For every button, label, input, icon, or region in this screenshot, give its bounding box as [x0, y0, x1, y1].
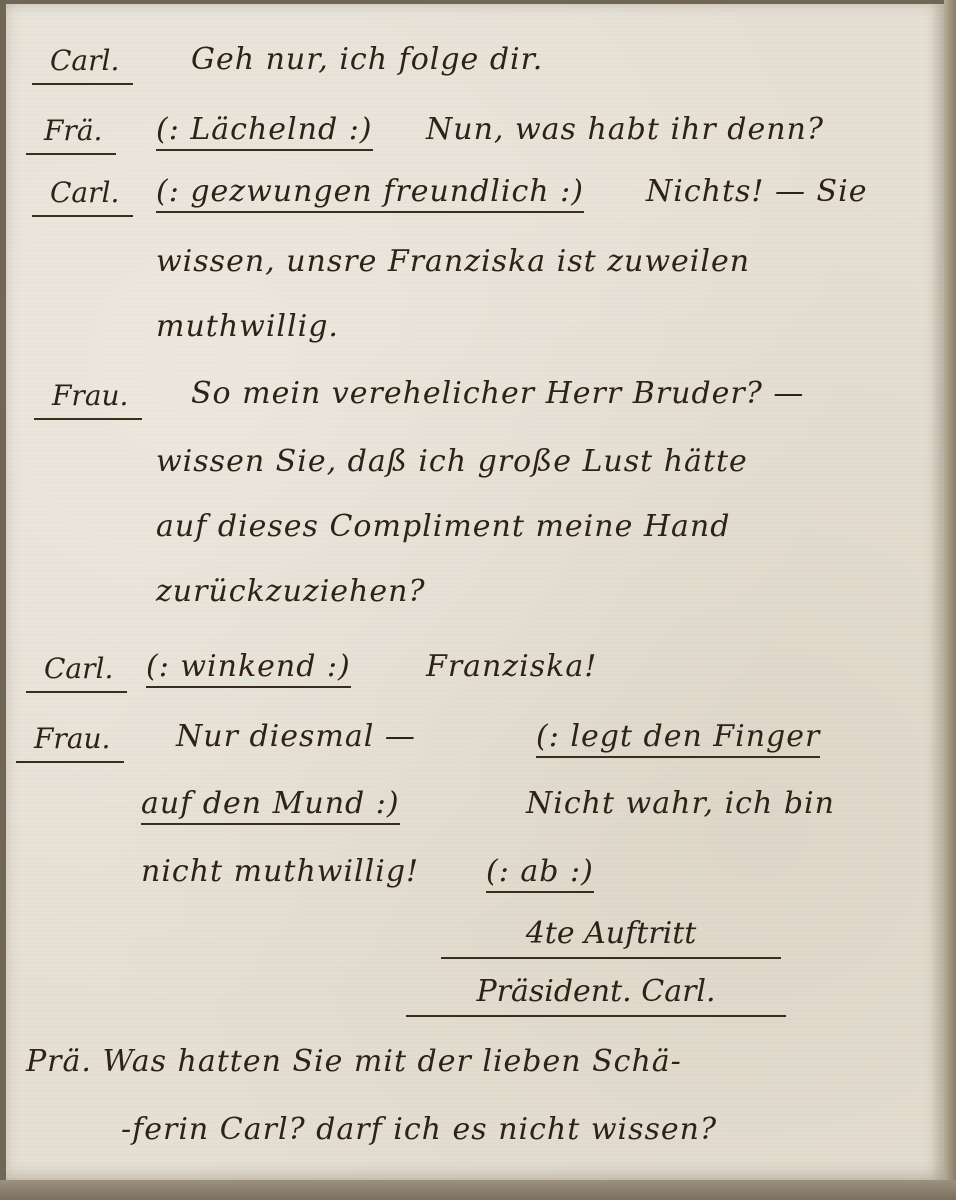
dialogue-line: auf dieses Compliment meine Hand [156, 509, 730, 544]
dialogue-line: nicht muthwillig! [141, 854, 419, 889]
dialogue-line: Nicht wahr, ich bin [526, 786, 835, 821]
stage-direction: (: gezwungen freundlich :) [156, 174, 584, 213]
scene-heading-title: 4te Auftritt [441, 916, 781, 959]
dialogue-line: Franziska! [426, 649, 597, 684]
page-bottom-edge [0, 1180, 956, 1200]
stage-direction: (: ab :) [486, 854, 594, 893]
speaker-label: Carl. [32, 44, 133, 85]
manuscript-page: Carl. Geh nur, ich folge dir. Frä. (: Lä… [6, 4, 944, 1184]
dialogue-line: Geh nur, ich folge dir. [191, 42, 543, 77]
scene-heading-characters: Präsident. Carl. [406, 974, 786, 1017]
dialogue-line: Nichts! — Sie [646, 174, 867, 209]
dialogue-line: Nun, was habt ihr denn? [426, 112, 824, 147]
dialogue-line: zurückzuziehen? [156, 574, 426, 609]
stage-direction: (: Lächelnd :) [156, 112, 373, 151]
stage-direction: auf den Mund :) [141, 786, 400, 825]
dialogue-line: So mein verehelicher Herr Bruder? — [191, 376, 804, 411]
speaker-label: Carl. [32, 176, 133, 217]
speaker-label: Frau. [34, 379, 142, 420]
dialogue-line: wissen Sie, daß ich große Lust hätte [156, 444, 748, 479]
dialogue-line: Prä. Was hatten Sie mit der lieben Schä- [26, 1044, 682, 1079]
speaker-label: Frau. [16, 722, 124, 763]
book-binding-edge [944, 0, 956, 1200]
stage-direction: (: winkend :) [146, 649, 351, 688]
dialogue-line: Nur diesmal — [176, 719, 416, 754]
speaker-label: Frä. [26, 114, 116, 155]
dialogue-line: muthwillig. [156, 309, 339, 344]
speaker-label: Carl. [26, 652, 127, 693]
stage-direction: (: legt den Finger [536, 719, 820, 758]
dialogue-line: -ferin Carl? darf ich es nicht wissen? [121, 1112, 717, 1147]
dialogue-line: wissen, unsre Franziska ist zuweilen [156, 244, 750, 279]
